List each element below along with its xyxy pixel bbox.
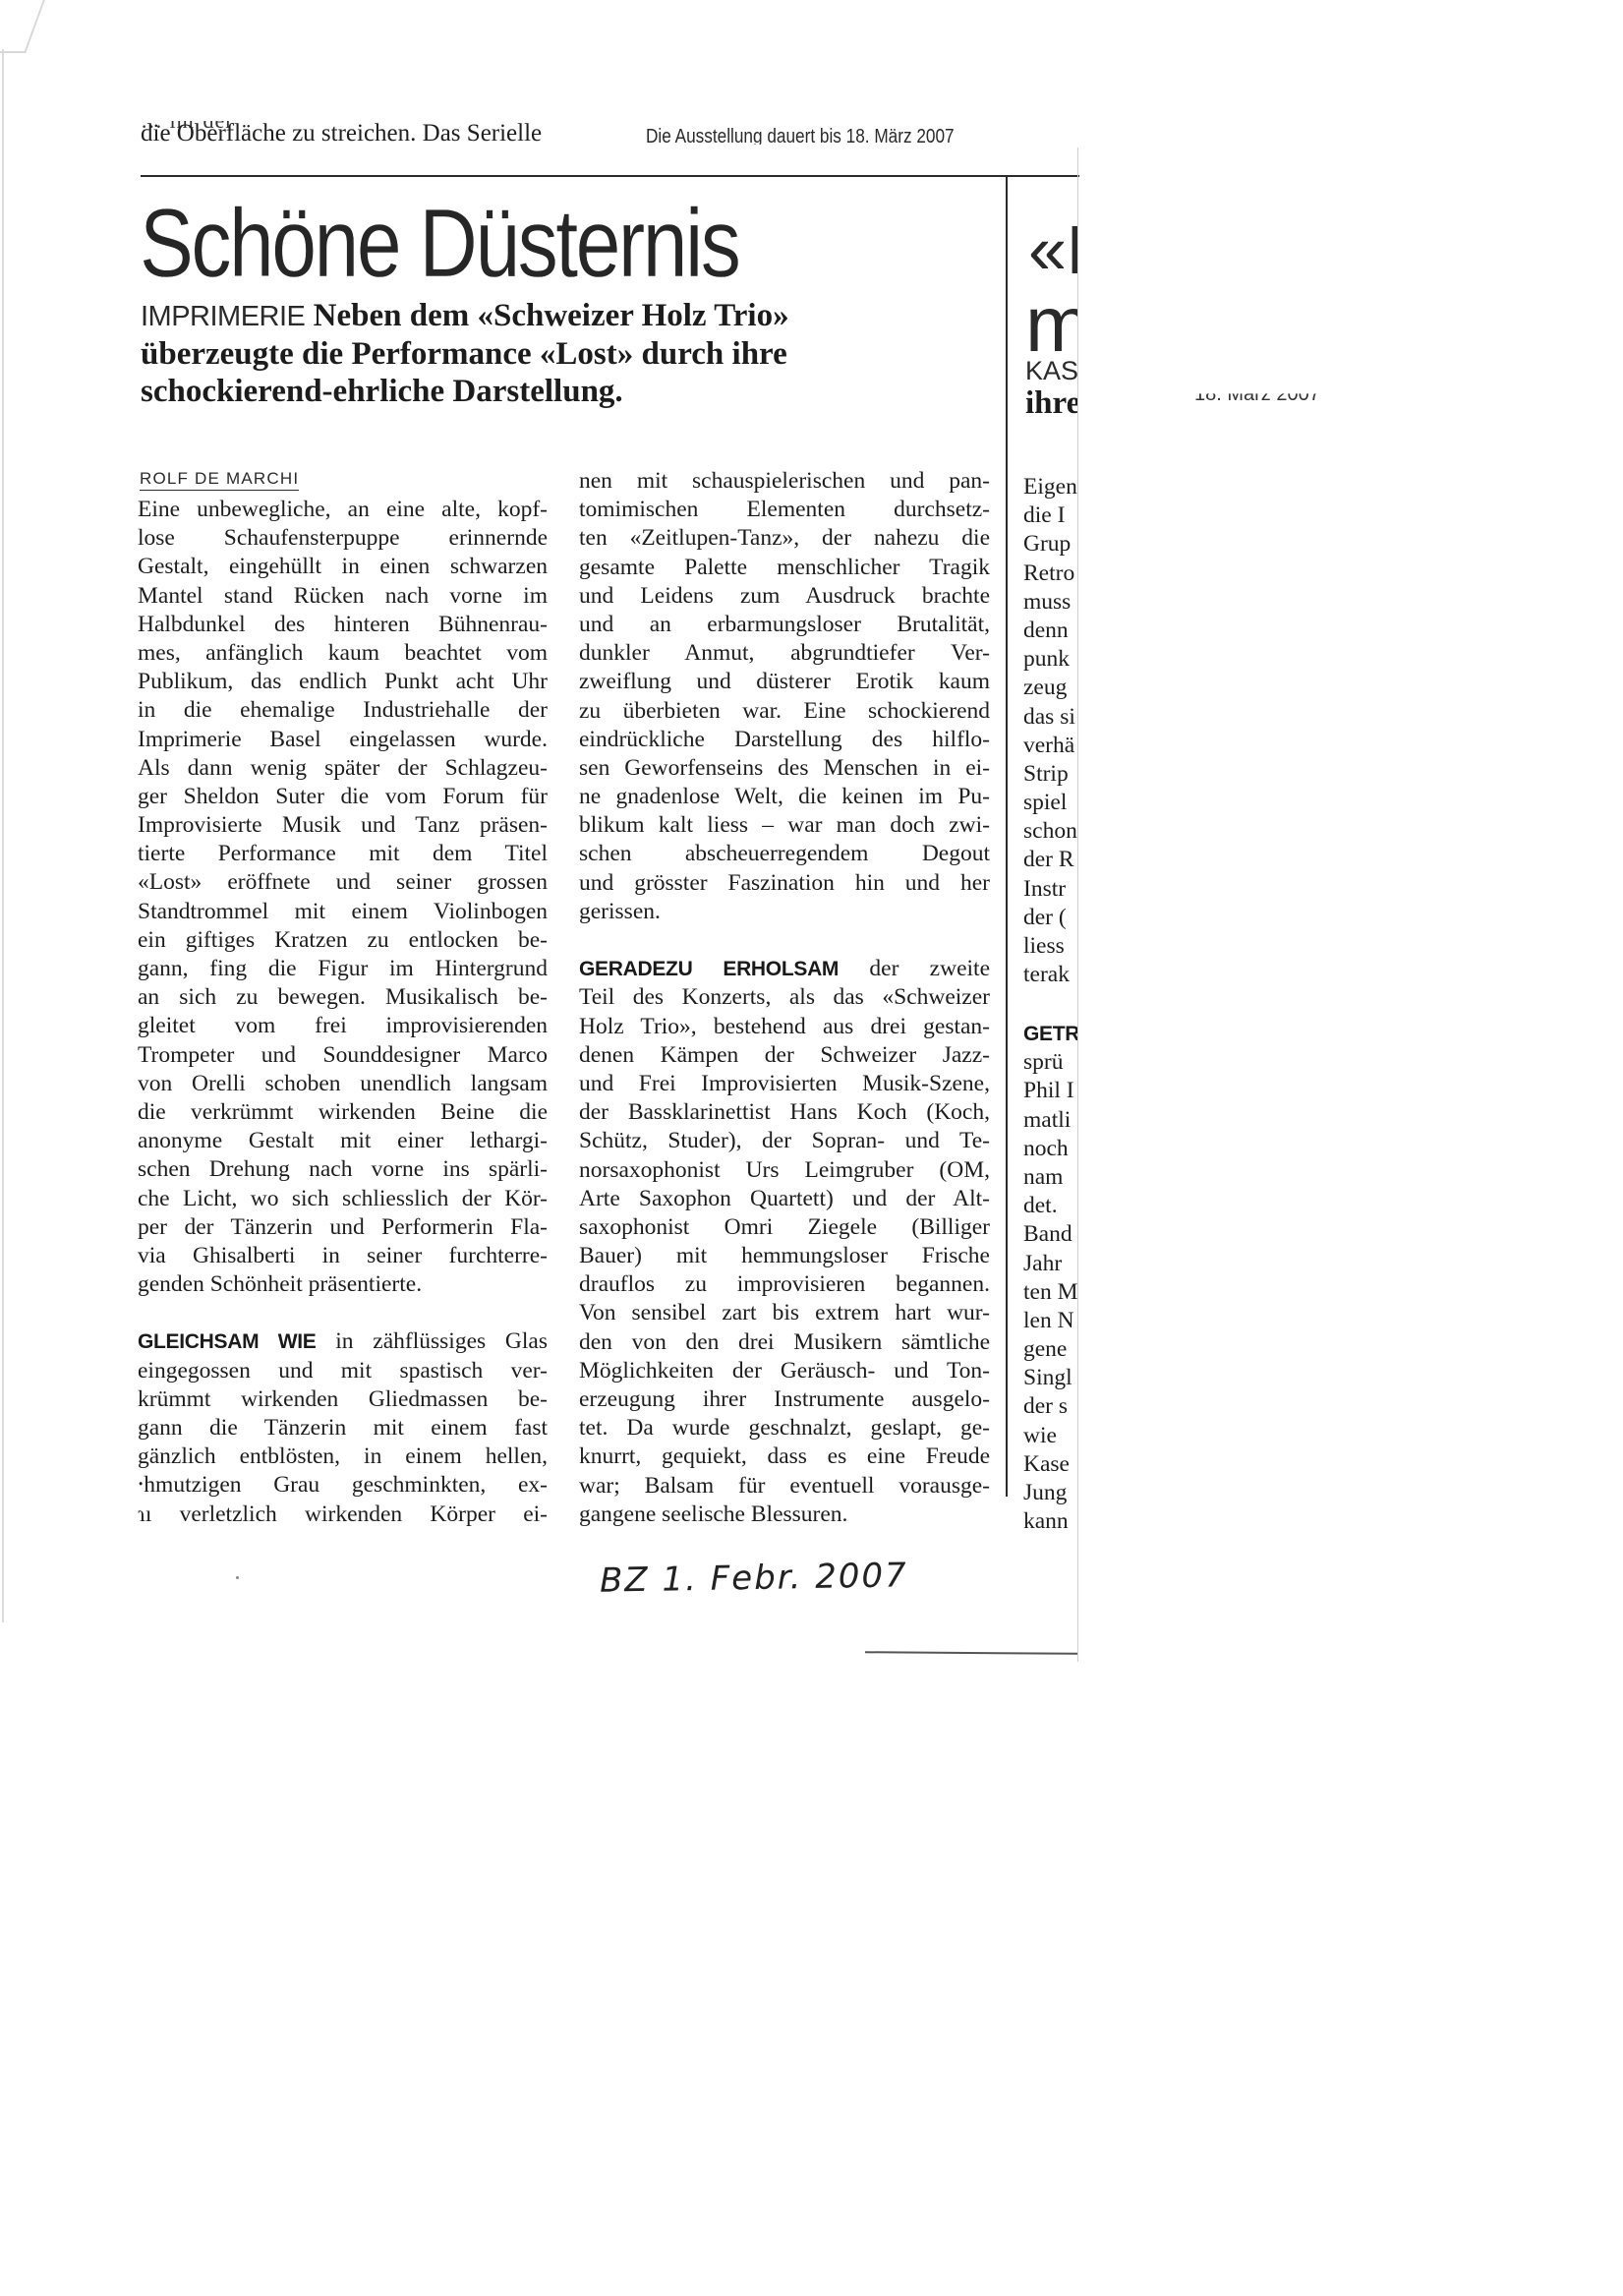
text-line: verhä (1023, 732, 1077, 760)
text-line: Arte Saxophon Quartett) und der Alt- (579, 1185, 990, 1213)
text-line: Singl (1023, 1364, 1077, 1392)
paragraph-lead-in: GETR (1023, 1023, 1077, 1045)
text-line: mes, anfänglich kaum beachtet vom (138, 639, 548, 668)
paragraph-lead-in: GERADEZU ERHOLSAM (579, 958, 839, 980)
text-line: Phil I (1023, 1077, 1077, 1105)
text-line: dunkler Anmut, abgrundtiefer Ver- (579, 639, 990, 668)
text-line: gann, fing die Figur im Hintergrund (138, 955, 548, 983)
text-line: an sich zu bewegen. Musikalisch be- (138, 983, 548, 1012)
text-line: Grup (1023, 530, 1077, 559)
text-line: liess (1023, 932, 1077, 961)
scan-edge (2, 49, 4, 1622)
text-line: tierte Performance mit dem Titel (138, 840, 548, 868)
text-line: gangene seelische Blessuren. (579, 1501, 990, 1529)
text-line: Von sensibel zart bis extrem hart wur- (579, 1299, 990, 1327)
text-line: noch (1023, 1135, 1077, 1163)
text-line: die verkrümmt wirkenden Beine die (138, 1098, 548, 1127)
text-line: Holz Trio», bestehend aus drei gestan- (579, 1013, 990, 1041)
text-line: von Orelli schoben unendlich langsam (138, 1070, 548, 1098)
handwritten-source-annotation: BZ 1. Febr. 2007 (600, 1556, 908, 1600)
text-line: ten M (1023, 1278, 1077, 1307)
text-line: und Leidens zum Ausdruck brachte (579, 582, 990, 611)
text-line: gleitet vom frei improvisierenden (138, 1012, 548, 1040)
text-line: die I (1023, 501, 1077, 530)
text-line: per der Tänzerin und Performerin Fla- (138, 1213, 548, 1242)
text-line: saxophonist Omri Ziegele (Billiger (579, 1213, 990, 1242)
text-line: gänzlich entblösten, in einem hellen, (138, 1442, 548, 1471)
text-line: Band (1023, 1220, 1077, 1249)
text-line: norsaxophonist Urs Leimgruber (OM, (579, 1156, 990, 1185)
text-line: schen abscheuerregendem Degout (579, 840, 990, 868)
text-line: anonyme Gestalt mit einer lethargi- (138, 1127, 548, 1155)
article-kicker: IMPRIMERIE (141, 301, 305, 332)
text-line: gene (1023, 1335, 1077, 1364)
text-line: knurrt, gequiekt, dass es eine Freude (579, 1442, 990, 1471)
adjacent-column-part-2: GETR sprü Phil I matli noch nam det. Ban… (1023, 1020, 1077, 1536)
text-line: via Ghisalberti in seiner furchterre- (138, 1242, 548, 1270)
text-line: ne gnadenlose Welt, die keinen im Pu- (579, 783, 990, 811)
text-line: Jahr (1023, 1250, 1077, 1278)
text-line: wie (1023, 1422, 1077, 1450)
horizontal-rule (141, 175, 1079, 177)
text-line: erzeugung ihrer Instrumente ausgelo- (579, 1385, 990, 1414)
article-column-2: nen mit schauspielerischen und pan- tomi… (579, 467, 990, 1529)
text-line: Kase (1023, 1450, 1077, 1479)
text-line: Teil des Konzerts, als das «Schweizer (579, 983, 990, 1012)
text-line: Eigen (1023, 473, 1077, 501)
scan-speck (236, 1576, 239, 1579)
text-line: der s (1023, 1392, 1077, 1421)
text-line: spiel (1023, 789, 1077, 817)
text-line: Bauer) mit hemmungsloser Frische (579, 1242, 990, 1270)
clipping-edge (1077, 147, 1078, 1662)
subhead-line: GERADEZU ERHOLSAM der zweite (579, 955, 990, 983)
text-line: ein giftiges Kratzen zu entlocken be- (138, 926, 548, 955)
exhibition-info-line: Die Ausstellung dauert bis 18. März 2007 (646, 126, 955, 148)
text-line: Als dann wenig später der Schlagzeu- (138, 754, 548, 783)
text-line: zweiflung und düsterer Erotik kaum (579, 668, 990, 696)
text-line: tomimischen Elementen durchsetz- (579, 496, 990, 524)
adjacent-headline-line-2: m (1025, 285, 1077, 364)
text-line: matli (1023, 1106, 1077, 1135)
text-line: und grösster Faszination hin und her (579, 869, 990, 898)
text-line: len N (1023, 1307, 1077, 1335)
adjacent-kicker: KASI (1025, 356, 1077, 386)
text-line: und an erbarmungsloser Brutalität, (579, 611, 990, 639)
text-line: schon (1023, 817, 1077, 846)
paragraph-lead-in: GLEICHSAM WIE (138, 1330, 316, 1353)
text-line: schen Drehung nach vorne ins spärli- (138, 1155, 548, 1184)
text-line: der Bassklarinettist Hans Koch (Koch, (579, 1098, 990, 1127)
text-line: Jung (1023, 1479, 1077, 1507)
text-line: gerissen. (579, 898, 990, 926)
text-line: eindrückliche Darstellung des hilflo- (579, 726, 990, 754)
text-line: che Licht, wo sich schliesslich der Kör- (138, 1185, 548, 1213)
deck-line-1: IMPRIMERIE Neben dem «Schweizer Holz Tri… (141, 297, 1025, 335)
text-line: ⸱hmutzigen Grau geschminkten, ex- (138, 1471, 548, 1500)
text-line: gesamte Palette menschlicher Tragik (579, 554, 990, 582)
text-line: nen mit schauspielerischen und pan- (579, 467, 990, 496)
text-line: Imprimerie Basel eingelassen wurde. (138, 726, 548, 754)
text-line: sprü (1023, 1048, 1077, 1077)
text-line: Gestalt, eingehüllt in einen schwarzen (138, 553, 548, 581)
previous-article-last-line: die Oberfläche zu streichen. Das Seriell… (141, 120, 542, 147)
subhead-line: GLEICHSAM WIE in zähflüssiges Glas (138, 1327, 548, 1356)
text-line: Eine unbewegliche, an eine alte, kopf- (138, 496, 548, 524)
text-line: denen Kämpen der Schweizer Jazz- (579, 1041, 990, 1070)
text-line: das si (1023, 703, 1077, 732)
text-line: Strip (1023, 760, 1077, 789)
text-line: lose Schaufensterpuppe erinnernde (138, 524, 548, 553)
text-line: «Lost» eröffnete und seiner grossen (138, 868, 548, 897)
text-line: blikum kalt liess – war man doch zwi- (579, 811, 990, 840)
article-byline: ROLF DE MARCHI (140, 469, 299, 491)
clipping-bottom-rule (865, 1651, 1077, 1654)
article-headline: Schöne Düsternis (140, 195, 738, 291)
paragraph-gap (579, 926, 990, 955)
article-column-1: Eine unbewegliche, an eine alte, kopf- l… (138, 496, 548, 1529)
text-line: Instr (1023, 875, 1077, 904)
text-line: drauflos zu improvisieren begannen. (579, 1270, 990, 1299)
text-line: nam (1023, 1163, 1077, 1192)
adjacent-deck: ihre (1025, 385, 1077, 422)
text-line: der ( (1023, 904, 1077, 932)
text-line: und Frei Improvisierten Musik-Szene, (579, 1070, 990, 1098)
text-line: ɿı verletzlich wirkenden Körper ei- (138, 1501, 548, 1529)
text-line: terak (1023, 961, 1077, 989)
text-line: zeug (1023, 674, 1077, 702)
text-line: genden Schönheit präsentierte. (138, 1270, 548, 1299)
text-line: denn (1023, 617, 1077, 645)
text-line: punk (1023, 645, 1077, 674)
text-line: muss (1023, 588, 1077, 617)
text-line: Improvisierte Musik und Tanz präsen- (138, 811, 548, 840)
text-line: den von den drei Musikern sämtliche (579, 1328, 990, 1357)
text-line: Retro (1023, 559, 1077, 588)
text-line: Trompeter und Sounddesigner Marco (138, 1041, 548, 1070)
text-line: krümmt wirkenden Gliedmassen be- (138, 1385, 548, 1414)
subhead-line: GETR (1023, 1020, 1077, 1048)
text-line: Möglichkeiten der Geräusch- und Ton- (579, 1357, 990, 1385)
side-note-date: 18. März 2007 (1194, 383, 1320, 406)
text-line: in die ehemalige Industriehalle der (138, 696, 548, 725)
text-line: Mantel stand Rücken nach vorne im (138, 582, 548, 611)
scan-torn-corner (0, 0, 45, 53)
paragraph-gap (138, 1299, 548, 1327)
deck-line-2: überzeugte die Performance «Lost» durch … (141, 335, 1025, 373)
text-line: Standtrommel mit einem Violinbogen (138, 898, 548, 926)
text-line: kann (1023, 1507, 1077, 1536)
text-line: Schütz, Studer), der Sopran- und Te- (579, 1127, 990, 1155)
text-line: gann die Tänzerin mit einem fast (138, 1414, 548, 1442)
text-line: tet. Da wurde geschnalzt, geslapt, ge- (579, 1414, 990, 1442)
text-line: ten «Zeitlupen-Tanz», der nahezu die (579, 524, 990, 553)
article-deck: IMPRIMERIE Neben dem «Schweizer Holz Tri… (141, 297, 1025, 410)
adjacent-column-part-1: Eigen die I Grup Retro muss denn punk ze… (1023, 473, 1077, 989)
adjacent-headline-line-1: «E (1028, 210, 1077, 289)
text-line: ger Sheldon Suter die vom Forum für (138, 783, 548, 811)
text-line: Publikum, das endlich Punkt acht Uhr (138, 668, 548, 696)
text-line: zu überbieten war. Eine schockierend (579, 697, 990, 726)
text-line: Halbdunkel des hinteren Bühnenrau- (138, 611, 548, 639)
text-line: sen Geworfenseins des Menschen in ei- (579, 754, 990, 783)
text-line: eingegossen und mit spastisch ver- (138, 1357, 548, 1385)
text-line: war; Balsam für eventuell vorausge- (579, 1472, 990, 1501)
text-line: det. (1023, 1192, 1077, 1220)
deck-line-3: schockierend-ehrliche Darstellung. (141, 373, 1025, 410)
text-line: der R (1023, 846, 1077, 874)
